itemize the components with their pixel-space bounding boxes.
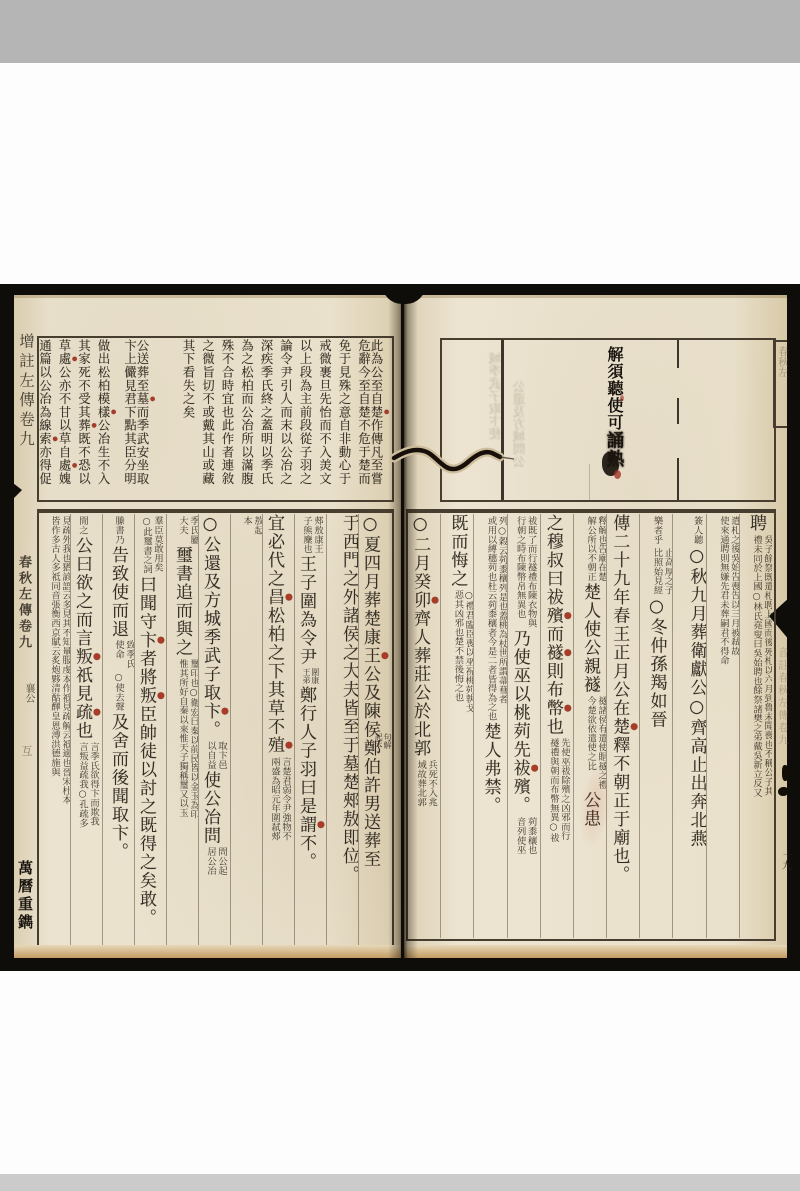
large-text-run: 傳二十九年春王正月公在楚釋不朝正于廟也。	[609, 514, 629, 884]
text-column: 敖起本	[230, 514, 262, 946]
text-column: 遣札之後吳始告喪告以三月被弒故使來通聘則無嫌先君未葬嗣君不得命	[706, 514, 739, 938]
large-text-run: ○公還及方城季武子取卞。	[200, 514, 220, 739]
large-text-run: 戒微裹旦先怡而不入羙文	[318, 339, 332, 485]
large-text-run: ○夏四月葬楚康王公及陳侯鄭伯許男送葬至	[360, 514, 380, 869]
red-seal-dot	[614, 470, 621, 479]
text-column: 卞上儼見君下點其臣分明	[117, 339, 137, 499]
handwritten-annotation: 解須聽使可誦熟	[593, 346, 623, 468]
text-column: 危辭今至自楚不危于楚而	[351, 339, 371, 499]
text-column: 列○穀云茢黍穰列是也蓋桃為杖世所謂菷蔧者或用以縛穗茢也杜云茢黍穰者今是二者皆得為…	[473, 514, 506, 938]
right-main-text-frame: 聘吳子餘祭既遣札聘上國而後死札以六月到魯未聞喪也不稱公子其禮未同於上國○林氏堯叟…	[406, 509, 776, 941]
text-column: 殊不合時宜也此作者連敘	[215, 339, 235, 499]
text-column: 深疾季氏終之蓋明以季氏	[254, 339, 274, 499]
large-text-run: 聘	[746, 514, 766, 533]
annotation-note: 圍康王弟	[301, 668, 319, 684]
column-rule	[677, 398, 679, 424]
large-text-run: 之微旨切不或戴其山或藏	[201, 339, 215, 485]
annotation-note: 簽人聽	[691, 516, 702, 544]
large-text-run: 危辭今至自楚不危于楚而	[357, 339, 371, 485]
large-text-run: 乃使巫以桃茢先祓殯。	[510, 630, 530, 815]
annotation-note: 取卞邑以自益	[204, 741, 226, 769]
text-column: 論令尹引人而末以公冶之	[273, 339, 293, 499]
text-column: 免于見殊之意自非動心于	[332, 339, 352, 499]
text-column: 通篇以公冶為線索亦得促	[39, 339, 59, 499]
large-text-run: 璽書追而與之	[172, 546, 192, 657]
left-page: 增註左傳卷九 春秋左傳卷九 襄公 互 萬曆重鐫 此為公至自楚作傳凡至嘗危辭今至自…	[14, 295, 401, 958]
large-text-run: 深疾季氏終之蓋明以季氏	[259, 339, 273, 485]
large-text-run: 曰聞守卞者將叛臣帥徒以討之既得之矣敢。	[136, 576, 156, 928]
text-column: 簽人聽○秋九月葬衛獻公○齊高止出奔北燕	[672, 514, 705, 938]
paper-tear	[390, 436, 515, 478]
annotation-note: 敖起本	[240, 516, 262, 535]
annotation-note: 祓既了而行襚禮布陳衣物與行朝之時布陳幣帛無異也	[514, 516, 536, 628]
edge-ink-mark	[778, 787, 788, 796]
large-text-run: 楚人弗禁。	[481, 723, 501, 816]
annotation-note: 郟敖康王子熊麇也	[300, 516, 322, 553]
text-column: 傳二十九年春王正月公在楚釋不朝正于廟也。	[606, 514, 639, 938]
text-column: 見疏外我也猶諺語云多見其不知量服虔本作祗見疏解云祗適也晉宋杜本皆作多古人多祗同音…	[38, 514, 70, 946]
large-text-run: 公送葬至墓而季武安坐取	[137, 339, 150, 485]
large-text-run: 其下看失之矣	[181, 339, 195, 419]
large-text-run: 于西門之外諸侯之大夫皆至于墓楚郟敖即位。	[339, 514, 358, 884]
annotation-note: 致季氏使命	[112, 640, 134, 668]
column-rule-faint	[589, 464, 590, 500]
left-top-commentary-frame: 此為公至自楚作傳凡至嘗危辭今至自楚不危于楚而免于見殊之意自非動心于戒微裹旦先怡而…	[37, 336, 394, 502]
right-page: 城季武子取卞使 公還及方城問公 解須聽使可誦熟 春秋左 音註春秋左傳卷九 十九 …	[404, 295, 787, 958]
ear-title: 春秋左	[776, 346, 791, 378]
edge-mark: 互	[18, 745, 34, 756]
scanner-gray-band-top	[0, 0, 800, 63]
left-page-top-edge	[14, 295, 401, 298]
text-column: 釋解也告廟在楚解公所以不朝正楚人使公親襚襚諸侯有遣使賵襚之禮今楚欲依遣使之比公患	[573, 514, 606, 938]
right-page-top-edge	[404, 295, 787, 298]
text-column: 郟敖康王子熊麇也王子圍為令尹圍康王弟鄭行人子羽曰是謂不。	[294, 514, 326, 946]
fore-edge-number: 十九	[777, 850, 793, 871]
right-page-bottom-edge	[404, 945, 787, 958]
fore-edge-faint-title: 音註春秋左傳卷九	[776, 647, 791, 747]
large-text-run: 做出松柏模樣公冶生不入	[98, 339, 111, 485]
large-text-run: 使公冶問	[200, 771, 220, 845]
annotation-note: 閒之	[76, 516, 87, 535]
large-text-run: 及舍而後聞取卞。	[108, 713, 128, 861]
text-column	[156, 339, 176, 499]
scanner-gray-band-bottom	[0, 1174, 800, 1191]
text-column: 其下看失之矣	[176, 339, 196, 499]
text-column: 宜必代之昌松柏之下其草不殖言楚君弱令尹強物不兩盛為昭元年圍弒郟	[262, 514, 294, 946]
annotation-note: 止高厚之子比照始見經	[651, 548, 673, 595]
large-text-run: 鄭行人子羽曰是謂不。	[296, 686, 316, 871]
text-column: 戒微裹旦先怡而不入羙文	[312, 339, 332, 499]
large-text-run: 既而悔之	[447, 514, 467, 588]
edge-ink-mark	[782, 765, 789, 781]
column-rule	[677, 340, 679, 368]
left-main-text-columns: ○夏四月葬楚康王公及陳侯鄭伯許男送葬至于西門之外諸侯之大夫皆至于墓楚郟敖即位。郟…	[41, 514, 390, 946]
annotation-note: ○使去聲	[112, 672, 123, 711]
text-column: 閒之公曰欲之而言叛祇見疏也言季氏欲得卞而欺我言叛益疏我○孔疏多	[70, 514, 102, 946]
large-text-run: 通篇以公冶為線索亦得促	[39, 339, 52, 485]
text-column: ○公還及方城季武子取卞。取卞邑以自益使公冶問問公起居公冶	[198, 514, 230, 946]
large-text-run: 告致使而退	[108, 546, 128, 639]
text-column: 以上段為主前段從子羽之	[293, 339, 313, 499]
text-column: 聘吳子餘祭既遣札聘上國而後死札以六月到魯未聞喪也不稱公子其禮未同於上國○林氏堯叟…	[739, 514, 772, 938]
book-scan: 增註左傳卷九 春秋左傳卷九 襄公 互 萬曆重鐫 此為公至自楚作傳凡至嘗危辭今至自…	[0, 284, 800, 971]
text-column: 之穆叔曰祓殯而襚則布幣也先使巫祓除殯之凶邪而行襚禮與朝而布幣無異○祓	[540, 514, 573, 938]
text-column: 之微旨切不或戴其山或藏	[195, 339, 215, 499]
text-column: 其家死不受其葬既不恐以	[78, 339, 98, 499]
left-main-text-frame: 句解起本 ○夏四月葬楚康王公及陳侯鄭伯許男送葬至于西門之外諸侯之大夫皆至于墓楚郟…	[37, 509, 394, 949]
annotation-note: 言季氏欲得卞而欺我言叛益疏我○孔疏多	[76, 742, 98, 827]
gutter-seam	[388, 295, 418, 958]
text-column: 樂者乎止高厚之子比照始見經○冬仲孫羯如晉	[639, 514, 672, 938]
column-rule	[677, 458, 679, 500]
annotation-note: 茢黍穰也音列使巫	[514, 817, 536, 854]
large-text-run: ○秋九月葬衛獻公○齊高止出奔北燕	[687, 546, 706, 848]
colophon: 萬曆重鐫	[15, 860, 36, 932]
text-column: 縢書乃告致使而退致季氏使命○使去聲及舍而後聞取卞。	[102, 514, 134, 946]
text-column: 羣臣莫敢用矣○此璽書之詞曰聞守卞者將叛臣帥徒以討之既得之矣敢。	[134, 514, 166, 946]
annotation-note: 遣札之後吳始告喪告以三月被弒故使來通聘則無嫌先君未葬嗣君不得命	[717, 516, 739, 665]
large-text-run: 以上段為主前段從子羽之	[298, 339, 312, 485]
large-text-run: 免于見殊之意自非動心于	[337, 339, 351, 485]
large-text-run: 殊不合時宜也此作者連敘	[220, 339, 234, 485]
large-text-run: 此為公至自楚作傳凡至嘗	[371, 339, 384, 485]
annotation-note: 釋解也告廟在楚解公所以不朝正	[584, 516, 606, 581]
scanned-book-screenshot: { "document": { "kind": "woodblock-print…	[0, 0, 800, 1191]
bleed-through-text: 城季武子取卞使	[488, 352, 503, 440]
text-column: 做出松柏模樣公冶生不入	[98, 339, 118, 499]
annotation-note: 吳子餘祭既遣札聘上國而後死札以六月到魯未聞喪也不稱公子其禮未同於上國○林氏堯叟曰…	[750, 535, 772, 797]
large-text-run: 公曰欲之而言叛祇見疏也	[72, 537, 92, 741]
text-column: 既而悔之○禮君臨臣喪以巫祝桃茢執戈惡其凶邪也楚不禁後悔之也	[440, 514, 473, 938]
annotation-note: 羣臣莫敢用矣○此璽書之詞	[140, 516, 162, 574]
large-text-run: ○冬仲孫羯如晉	[646, 596, 666, 729]
large-text-run: 之穆叔曰祓殯而襚則布幣也	[543, 514, 563, 736]
large-text-run: 草處公亦不甘以草自處媿	[59, 339, 72, 485]
text-column: 公送葬至墓而季武安坐取	[137, 339, 157, 499]
large-text-run: 論令尹引人而末以公冶之	[279, 339, 293, 485]
large-text-run: 宜必代之昌松柏之下其草不殖	[264, 514, 284, 755]
ear-box: 春秋左	[773, 340, 787, 428]
annotation-note: 列○穀云茢黍穰列是也蓋桃為杖世所謂菷蔧者或用以縛穗茢也杜云茢黍穰者今是二者皆得為…	[485, 516, 507, 721]
large-text-run: 楚人使公親襚	[580, 583, 600, 694]
left-page-bottom-edge	[14, 945, 401, 958]
large-text-run: 王子圍為令尹	[296, 555, 316, 666]
large-text-run: 卞上儼見君下點其臣分明	[123, 339, 137, 485]
left-top-commentary-columns: 此為公至自楚作傳凡至嘗危辭今至自楚不危于楚而免于見殊之意自非動心于戒微裹旦先怡而…	[41, 339, 390, 499]
annotation-note: 璽印也○衛宏曰秦以前民皆以金玉為印惟其所好自秦以來惟天子獨稱璽又以玉	[176, 659, 198, 819]
large-text-run: 其家死不受其葬既不恐以	[78, 339, 91, 485]
large-text-run: 為之松柏而公冶所以滿腹	[240, 339, 254, 485]
fore-edge-notch	[13, 483, 22, 499]
text-column: ○夏四月葬楚康王公及陳侯鄭伯許男送葬至	[358, 514, 390, 946]
red-reader-mark	[620, 395, 624, 401]
annotation-note: 季氏屬大夫	[176, 516, 198, 544]
text-column: 于西門之外諸侯之大夫皆至于墓楚郟敖即位。	[326, 514, 358, 946]
text-column: 季氏屬大夫璽書追而與之璽印也○衛宏曰秦以前民皆以金玉為印惟其所好自秦以來惟天子獨…	[166, 514, 198, 946]
chapter-label: 襄公	[21, 683, 36, 703]
fore-edge-title: 春秋左傳卷九	[14, 555, 33, 651]
annotation-note: 問公起居公冶	[204, 847, 226, 875]
annotation-note: 見疏外我也猶諺語云多見其不知量服虔本作祗見疏解云祗適也晉宋杜本皆作多古人多祗同音…	[48, 516, 70, 804]
annotation-note: 縢書乃	[112, 516, 123, 544]
margin-title: 增註左傳卷九	[15, 333, 37, 450]
text-column: 祓既了而行襚禮布陳衣物與行朝之時布陳幣帛無異也乃使巫以桃茢先祓殯。茢黍穰也音列使…	[507, 514, 540, 938]
text-column: 為之松柏而公冶所以滿腹	[234, 339, 254, 499]
text-column: 草處公亦不甘以草自處媿	[59, 339, 79, 499]
annotation-note: 言楚君弱令尹強物不兩盛為昭元年圍弒郟	[268, 757, 290, 841]
annotation-note: 樂者乎	[651, 516, 662, 544]
annotation-note: ○禮君臨臣喪以巫祝桃茢執戈惡其凶邪也楚不禁後悔之也	[451, 590, 473, 713]
right-main-text-columns: 聘吳子餘祭既遣札聘上國而後死札以六月到魯未聞喪也不稱公子其禮未同於上國○林氏堯叟…	[410, 514, 772, 938]
annotation-note: 先使巫祓除殯之凶邪而行襚禮與朝而布幣無異○祓	[547, 738, 569, 842]
